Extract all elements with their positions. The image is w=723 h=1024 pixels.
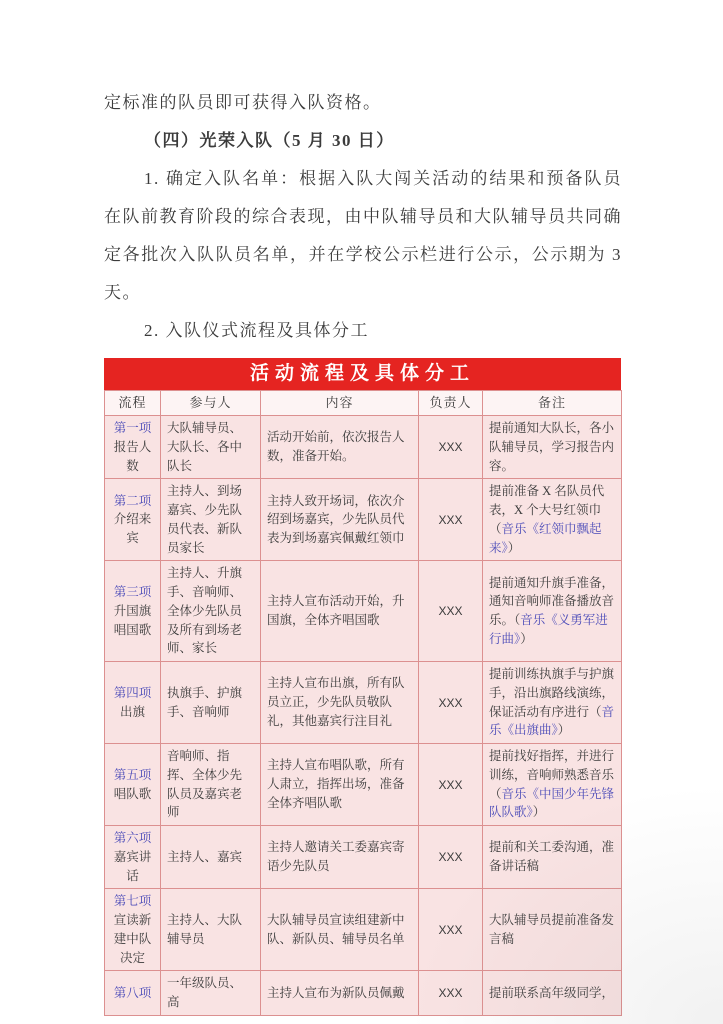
stage-number: 第五项 [108, 766, 157, 785]
stage-name: 报告人数 [114, 440, 152, 473]
remark-close: ） [558, 723, 571, 737]
paragraph-continuation: 定标准的队员即可获得入队资格。 [104, 84, 622, 122]
stage-number: 第七项 [108, 892, 157, 911]
remark-text: 提前通知大队长，各小队辅导员，学习报告内容。 [489, 421, 614, 473]
content-cell: 主持人宣布为新队员佩戴 [261, 971, 419, 1016]
stage-cell: 第七项宣读新建中队决定 [105, 889, 161, 971]
stage-name: 宣读新建中队决定 [114, 913, 152, 965]
manager-cell: XXX [419, 889, 483, 971]
stage-name: 唱队歌 [114, 787, 152, 801]
manager-cell: XXX [419, 662, 483, 744]
document-page: 定标准的队员即可获得入队资格。 （四）光荣入队（5 月 30 日） 1. 确定入… [0, 0, 723, 1024]
stage-name: 介绍来宾 [114, 512, 152, 545]
stage-cell: 第四项出旗 [105, 662, 161, 744]
content-cell: 主持人宣布活动开始，升国旗，全体齐唱国歌 [261, 561, 419, 662]
schedule-table: 活动流程及具体分工 流程 参与人 内容 负责人 备注 第一项报告人数 大队辅导员… [104, 358, 621, 1016]
participants-cell: 音响师、指挥、全体少先队员及嘉宾老师 [161, 744, 261, 826]
content-cell: 活动开始前，依次报告人数，准备开始。 [261, 416, 419, 479]
remark-cell: 提前准备 X 名队员代表，X 个大号红领巾（音乐《红领巾飘起来》） [483, 479, 622, 561]
remark-cell: 提前联系高年级同学， [483, 971, 622, 1016]
remark-text: 大队辅导员提前准备发言稿 [489, 913, 614, 946]
remark-music-text: 音乐《红领巾飘起来》 [489, 522, 602, 555]
remark-cell: 提前训练执旗手与护旗手，沿出旗路线演练，保证活动有序进行（音乐《出旗曲》） [483, 662, 622, 744]
remark-cell: 大队辅导员提前准备发言稿 [483, 889, 622, 971]
stage-cell: 第二项介绍来宾 [105, 479, 161, 561]
stage-number: 第四项 [108, 684, 157, 703]
manager-cell: XXX [419, 744, 483, 826]
table-row: 第二项介绍来宾 主持人、到场嘉宾、少先队员代表、新队员家长 主持人致开场词，依次… [105, 479, 622, 561]
participants-cell: 主持人、到场嘉宾、少先队员代表、新队员家长 [161, 479, 261, 561]
participants-cell: 执旗手、护旗手、音响师 [161, 662, 261, 744]
content-cell: 主持人宣布出旗，所有队员立正，少先队员敬队礼，其他嘉宾行注目礼 [261, 662, 419, 744]
stage-number: 第六项 [108, 829, 157, 848]
column-header-manager: 负责人 [419, 391, 483, 416]
remark-cell: 提前通知大队长，各小队辅导员，学习报告内容。 [483, 416, 622, 479]
remark-cell: 提前和关工委沟通，准备讲话稿 [483, 826, 622, 889]
table-row: 第一项报告人数 大队辅导员、大队长、各中队长 活动开始前，依次报告人数，准备开始… [105, 416, 622, 479]
table-row: 第四项出旗 执旗手、护旗手、音响师 主持人宣布出旗，所有队员立正，少先队员敬队礼… [105, 662, 622, 744]
table-row: 第三项升国旗唱国歌 主持人、升旗手、音响师、全体少先队员及所有到场老师、家长 主… [105, 561, 622, 662]
stage-cell: 第一项报告人数 [105, 416, 161, 479]
paragraph-item-1: 1. 确定入队名单：根据入队大闯关活动的结果和预备队员在队前教育阶段的综合表现，… [104, 160, 622, 312]
manager-cell: XXX [419, 826, 483, 889]
content-cell: 主持人致开场词，依次介绍到场嘉宾，少先队员代表为到场嘉宾佩戴红领巾 [261, 479, 419, 561]
table-row: 第七项宣读新建中队决定 主持人、大队辅导员 大队辅导员宣读组建新中队、新队员、辅… [105, 889, 622, 971]
manager-cell: XXX [419, 416, 483, 479]
table-row: 第八项 一年级队员、高 主持人宣布为新队员佩戴 XXX 提前联系高年级同学， [105, 971, 622, 1016]
manager-cell: XXX [419, 971, 483, 1016]
stage-name: 嘉宾讲话 [114, 850, 152, 883]
column-header-remark: 备注 [483, 391, 622, 416]
body-text-block: 定标准的队员即可获得入队资格。 （四）光荣入队（5 月 30 日） 1. 确定入… [104, 84, 622, 350]
remark-text: 提前联系高年级同学， [489, 986, 614, 1000]
table-row: 第五项唱队歌 音响师、指挥、全体少先队员及嘉宾老师 主持人宣布唱队歌，所有人肃立… [105, 744, 622, 826]
stage-cell: 第八项 [105, 971, 161, 1016]
stage-number: 第八项 [108, 984, 157, 1003]
participants-cell: 一年级队员、高 [161, 971, 261, 1016]
participants-cell: 主持人、升旗手、音响师、全体少先队员及所有到场老师、家长 [161, 561, 261, 662]
content-cell: 主持人邀请关工委嘉宾寄语少先队员 [261, 826, 419, 889]
stage-number: 第一项 [108, 419, 157, 438]
manager-cell: XXX [419, 479, 483, 561]
schedule-grid: 流程 参与人 内容 负责人 备注 第一项报告人数 大队辅导员、大队长、各中队长 … [104, 390, 622, 1016]
remark-close: ） [533, 805, 546, 819]
stage-cell: 第五项唱队歌 [105, 744, 161, 826]
table-title-banner: 活动流程及具体分工 [104, 358, 621, 390]
table-header-row: 流程 参与人 内容 负责人 备注 [105, 391, 622, 416]
manager-cell: XXX [419, 561, 483, 662]
stage-name: 出旗 [120, 705, 145, 719]
content-cell: 主持人宣布唱队歌，所有人肃立，指挥出场，准备全体齐唱队歌 [261, 744, 419, 826]
participants-cell: 大队辅导员、大队长、各中队长 [161, 416, 261, 479]
content-cell: 大队辅导员宣读组建新中队、新队员、辅导员名单 [261, 889, 419, 971]
stage-cell: 第六项嘉宾讲话 [105, 826, 161, 889]
remark-cell: 提前通知升旗手准备，通知音响师准备播放音乐。（音乐《义勇军进行曲》） [483, 561, 622, 662]
section-heading: （四）光荣入队（5 月 30 日） [104, 122, 622, 160]
stage-number: 第三项 [108, 583, 157, 602]
stage-name: 升国旗唱国歌 [114, 604, 152, 637]
column-header-participants: 参与人 [161, 391, 261, 416]
remark-music-text: 音乐《中国少年先锋队队歌》 [489, 787, 614, 820]
table-row: 第六项嘉宾讲话 主持人、嘉宾 主持人邀请关工委嘉宾寄语少先队员 XXX 提前和关… [105, 826, 622, 889]
remark-cell: 提前找好指挥，并进行训练，音响师熟悉音乐（音乐《中国少年先锋队队歌》） [483, 744, 622, 826]
stage-number: 第二项 [108, 492, 157, 511]
participants-cell: 主持人、嘉宾 [161, 826, 261, 889]
paragraph-item-2: 2. 入队仪式流程及具体分工 [104, 312, 622, 350]
stage-cell: 第三项升国旗唱国歌 [105, 561, 161, 662]
column-header-process: 流程 [105, 391, 161, 416]
remark-close: ） [520, 632, 533, 646]
column-header-content: 内容 [261, 391, 419, 416]
remark-text: 提前训练执旗手与护旗手，沿出旗路线演练，保证活动有序进行（ [489, 667, 614, 719]
remark-text: 提前和关工委沟通，准备讲话稿 [489, 840, 614, 873]
remark-close: ） [508, 541, 521, 555]
participants-cell: 主持人、大队辅导员 [161, 889, 261, 971]
